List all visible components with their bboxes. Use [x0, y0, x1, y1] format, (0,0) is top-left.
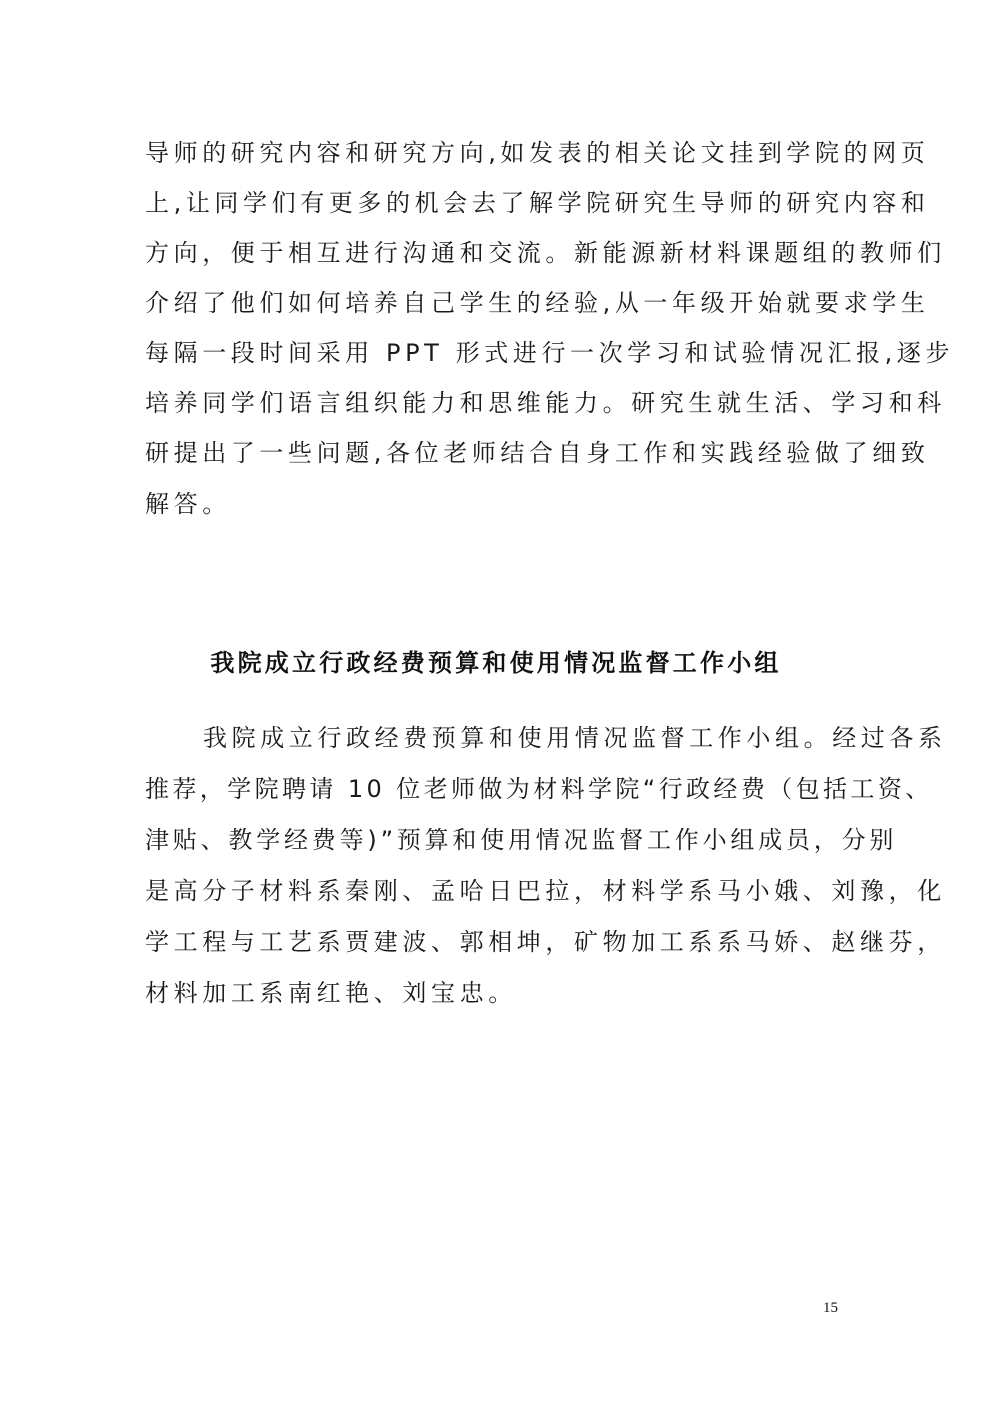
document-page: 导师的研究内容和研究方向,如发表的相关论文挂到学院的网页 上,让同学们有更多的机…	[0, 0, 992, 1403]
text-line: 我院成立行政经费预算和使用情况监督工作小组。经过各系	[203, 723, 843, 753]
text-line: 学工程与工艺系贾建波、郭相坤，矿物加工系系马娇、赵继芬，	[145, 927, 845, 957]
text-line: 导师的研究内容和研究方向,如发表的相关论文挂到学院的网页	[145, 138, 845, 168]
text-line: 介绍了他们如何培养自己学生的经验,从一年级开始就要求学生	[145, 288, 845, 318]
text-line: 每隔一段时间采用 PPT 形式进行一次学习和试验情况汇报,逐步	[145, 338, 845, 368]
text-line: 是高分子材料系秦刚、孟哈日巴拉，材料学系马小娥、刘豫，化	[145, 876, 845, 906]
text-line: 上,让同学们有更多的机会去了解学院研究生导师的研究内容和	[145, 188, 845, 218]
text-line: 解答。	[145, 489, 845, 519]
page-number: 15	[823, 1300, 838, 1317]
section-title: 我院成立行政经费预算和使用情况监督工作小组	[0, 648, 992, 678]
text-line: 材料加工系南红艳、刘宝忠。	[145, 978, 845, 1008]
text-line: 推荐，学院聘请 10 位老师做为材料学院“行政经费（包括工资、	[145, 774, 845, 804]
text-line: 方向，便于相互进行沟通和交流。新能源新材料课题组的教师们	[145, 238, 845, 268]
text-line: 津贴、教学经费等)”预算和使用情况监督工作小组成员，分别	[145, 825, 845, 855]
text-line: 培养同学们语言组织能力和思维能力。研究生就生活、学习和科	[145, 388, 845, 418]
text-line: 研提出了一些问题,各位老师结合自身工作和实践经验做了细致	[145, 438, 845, 468]
